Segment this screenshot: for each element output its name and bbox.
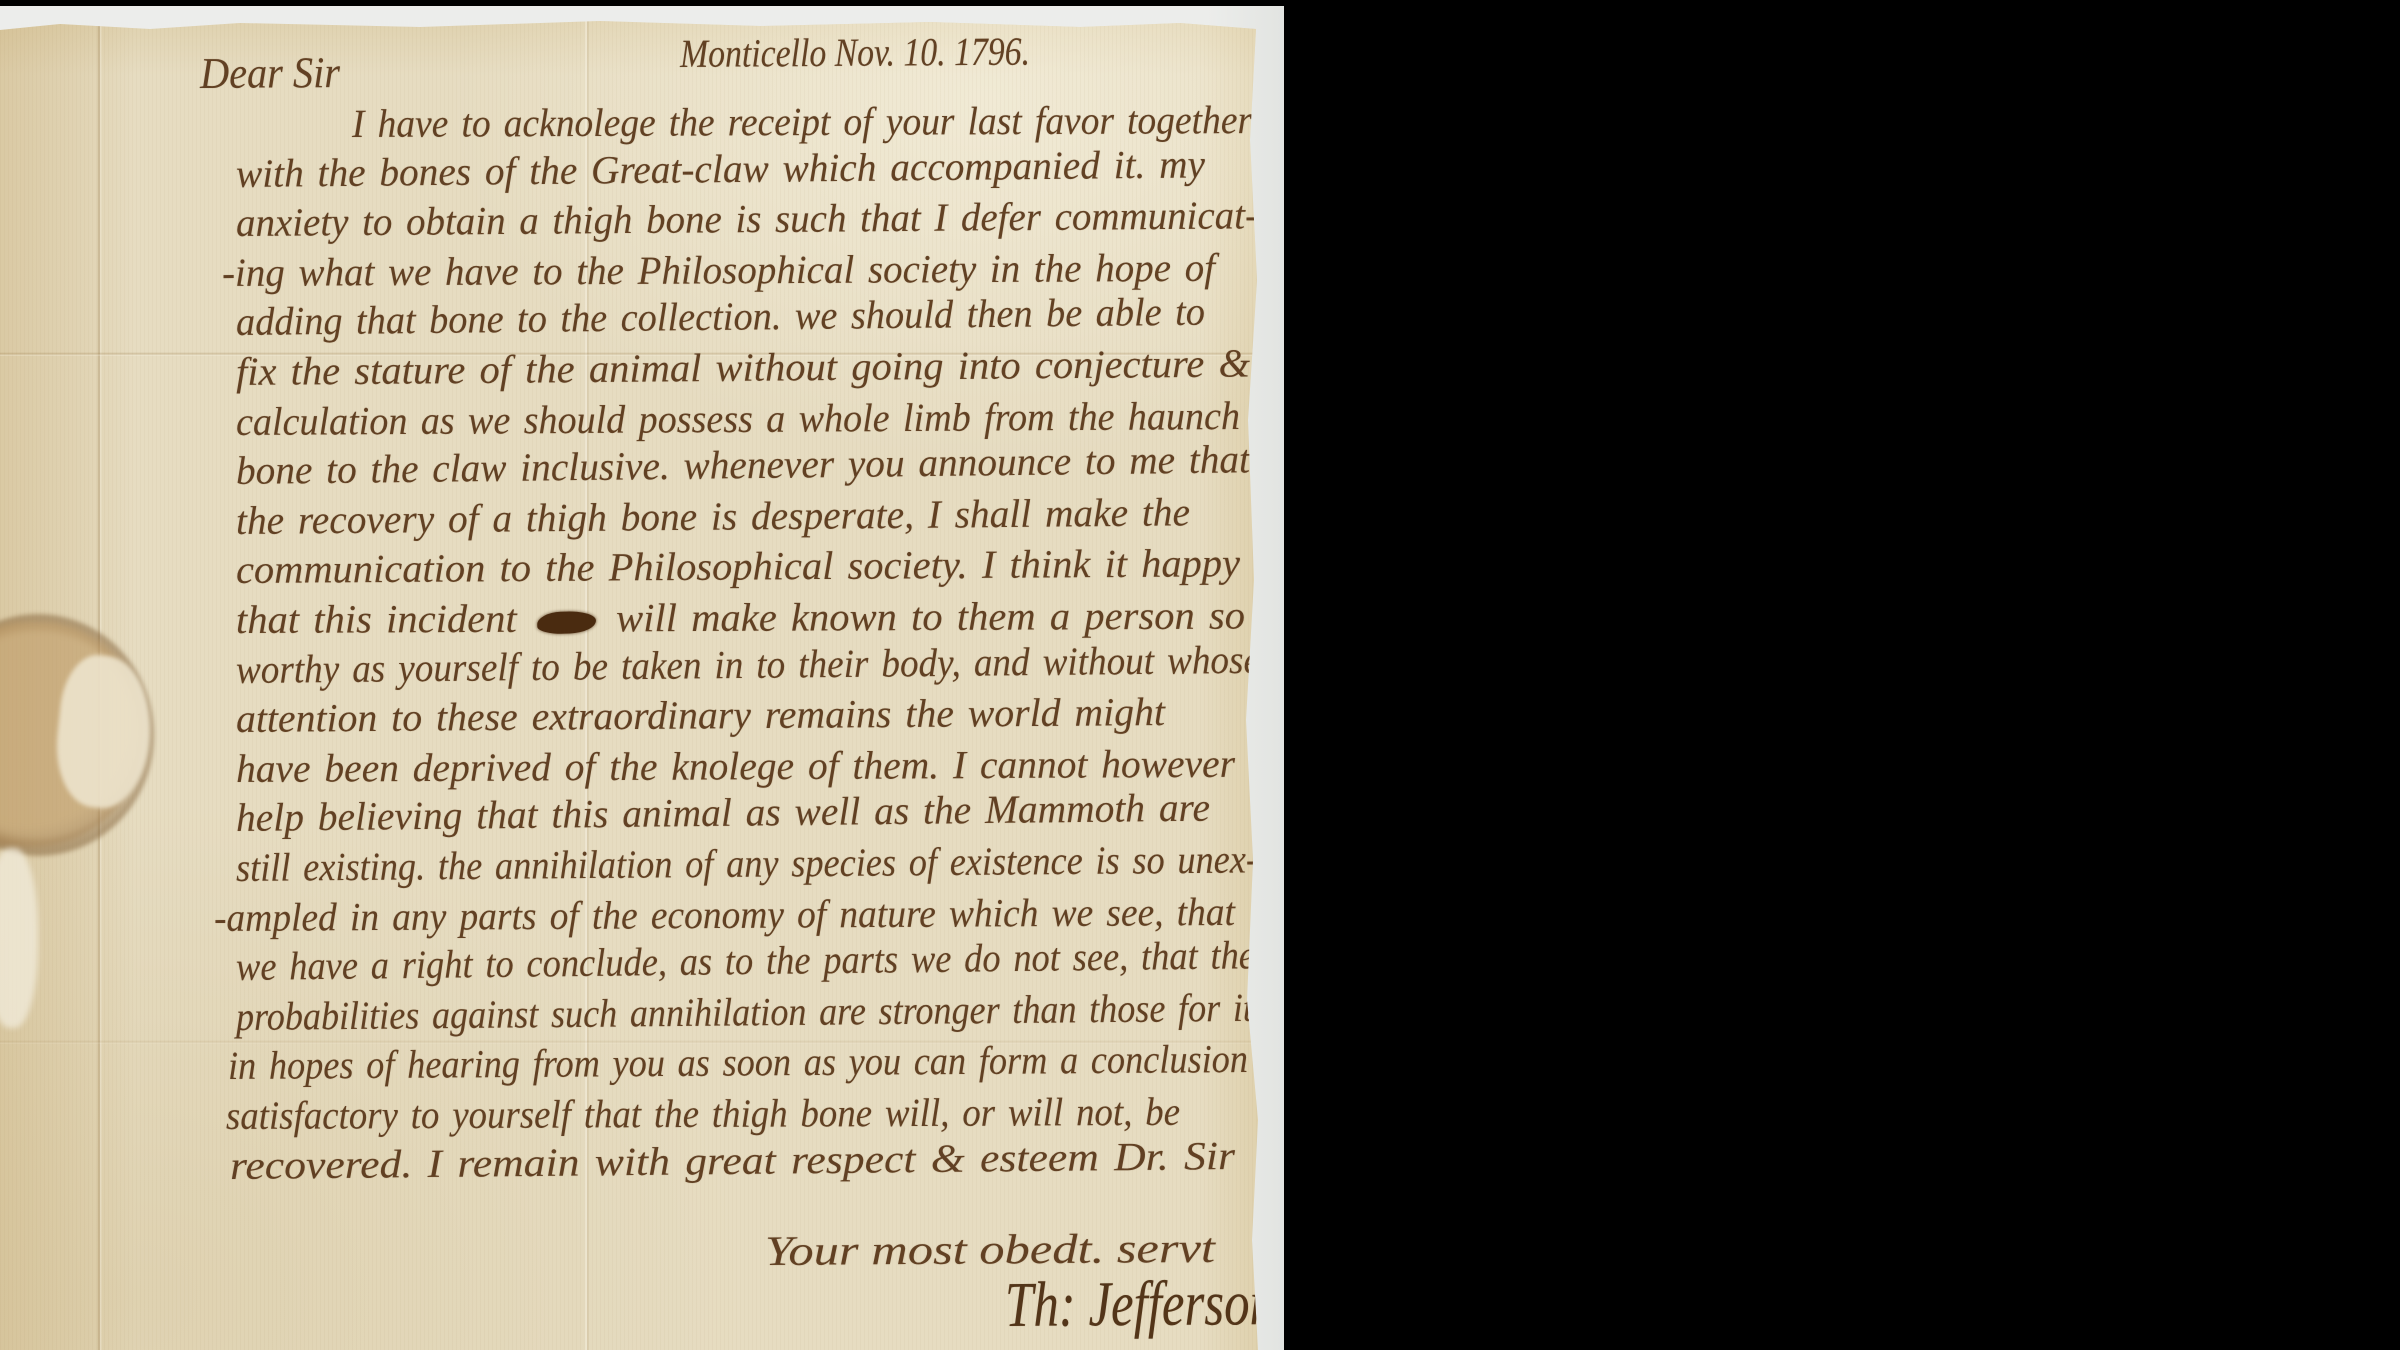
dateline: Monticello Nov. 10. 1796.	[680, 28, 1030, 77]
signature: Th: Jefferson	[1005, 1266, 1262, 1342]
scan-background: Dear Sir Monticello Nov. 10. 1796. I hav…	[0, 0, 2400, 1350]
letter-line: communication to the Philosophical socie…	[236, 540, 1240, 594]
letter-line: bone to the claw inclusive. whenever you…	[236, 436, 1250, 495]
letter-line: worthy as yourself to be taken in to the…	[236, 635, 1260, 692]
letter-line: we have a right to conclude, as to the p…	[236, 931, 1255, 990]
letter-line: the recovery of a thigh bone is desperat…	[236, 488, 1190, 544]
salutation: Dear Sir	[200, 47, 340, 99]
letter-line: recovered. I remain with great respect &…	[230, 1132, 1235, 1189]
ink-blot	[537, 610, 597, 634]
letter-line: attention to these extraordinary remains…	[236, 688, 1165, 742]
letter-line: anxiety to obtain a thigh bone is such t…	[236, 192, 1258, 247]
edge-tear-patch	[0, 848, 38, 1028]
letter-line: still existing. the annihilation of any …	[236, 835, 1258, 891]
letter-line: probabilities against such annihilation …	[236, 983, 1262, 1039]
letter-line: satisfactory to yourself that the thigh …	[226, 1088, 1180, 1139]
letter-line: help believing that this animal as well …	[236, 784, 1210, 841]
letter-line: I have to acknolege the receipt of your …	[352, 96, 1252, 147]
letter-line: fix the stature of the animal without go…	[236, 340, 1250, 395]
letter-line: -ing what we have to the Philosophical s…	[222, 244, 1215, 296]
letter-line: with the bones of the Great-claw which a…	[236, 140, 1205, 197]
letter-line: that this incident will make known to th…	[236, 592, 1245, 643]
letter-line: in hopes of hearing from you as soon as …	[228, 1035, 1248, 1089]
letter-paper: Dear Sir Monticello Nov. 10. 1796. I hav…	[0, 20, 1262, 1350]
letter-line: adding that bone to the collection. we s…	[236, 288, 1205, 345]
